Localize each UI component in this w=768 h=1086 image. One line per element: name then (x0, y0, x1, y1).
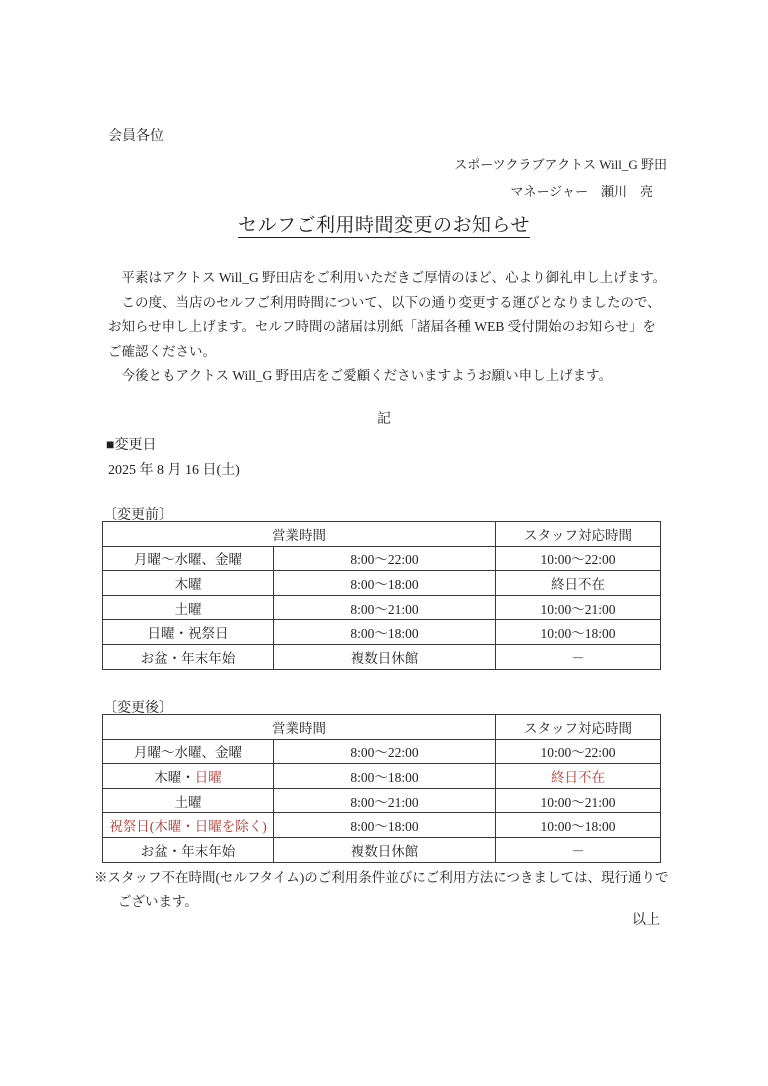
body-paragraphs: 平素はアクトス Will_G 野田店をご利用いただきご厚情のほど、心より御礼申し… (108, 266, 666, 389)
cell-text: 8:00〜21:00 (350, 602, 418, 617)
day-cell: 月曜〜水曜、金曜 (103, 739, 274, 764)
body-line: 今後ともアクトス Will_G 野田店をご愛顧くださいますようお願い申し上げます… (108, 364, 666, 389)
staff-hours-cell: 10:00〜18:00 (496, 620, 661, 645)
hours-table-after: 営業時間 スタッフ対応時間 月曜〜水曜、金曜8:00〜22:0010:00〜22… (102, 714, 661, 863)
table-row: お盆・年末年始複数日休館－ (103, 644, 661, 669)
change-date-value: 2025 年 8 月 16 日(土) (108, 461, 240, 480)
cell-text: 8:00〜21:00 (350, 795, 418, 810)
note-line: ※スタッフ不在時間(セルフタイム)のご利用条件並びにご利用方法につきましては、現… (94, 866, 669, 886)
sender-organization: スポーツクラブアクトス Will_G 野田 (454, 156, 667, 174)
cell-text: 複数日休館 (351, 651, 419, 666)
record-mark: 記 (0, 410, 768, 429)
hours-cell: 8:00〜22:00 (274, 739, 496, 764)
hours-cell: 8:00〜18:00 (274, 813, 496, 838)
table-row: 木曜・日曜8:00〜18:00終日不在 (103, 764, 661, 789)
day-cell: 月曜〜水曜、金曜 (103, 546, 274, 571)
hours-cell: 8:00〜22:00 (274, 546, 496, 571)
cell-text: 10:00〜21:00 (540, 795, 615, 810)
change-date-heading: ■変更日 (106, 436, 156, 455)
cell-text: お盆・年末年始 (141, 844, 236, 859)
day-cell: お盆・年末年始 (103, 644, 274, 669)
hours-cell: 8:00〜21:00 (274, 788, 496, 813)
day-cell: 祝祭日(木曜・日曜を除く) (103, 813, 274, 838)
body-line: お知らせ申し上げます。セルフ時間の諸届は別紙「諸届各種 WEB 受付開始のお知ら… (108, 315, 666, 340)
hours-table: 営業時間 スタッフ対応時間 月曜〜水曜、金曜8:00〜22:0010:00〜22… (102, 714, 661, 863)
cell-text: 複数日休館 (351, 844, 419, 859)
day-cell: 土曜 (103, 595, 274, 620)
table-row: 月曜〜水曜、金曜8:00〜22:0010:00〜22:00 (103, 546, 661, 571)
notice-document: 会員各位 スポーツクラブアクトス Will_G 野田 マネージャー 瀬川 亮 セ… (0, 0, 768, 1086)
table-row: 日曜・祝祭日8:00〜18:0010:00〜18:00 (103, 620, 661, 645)
cell-text: 8:00〜18:00 (350, 770, 418, 785)
business-hours-header: 営業時間 (103, 522, 496, 547)
cell-text: 8:00〜18:00 (350, 626, 418, 641)
table-row: 祝祭日(木曜・日曜を除く)8:00〜18:0010:00〜18:00 (103, 813, 661, 838)
table-header-row: 営業時間 スタッフ対応時間 (103, 522, 661, 547)
cell-text: 8:00〜22:00 (350, 552, 418, 567)
cell-text: 終日不在 (551, 577, 605, 592)
cell-text: 10:00〜22:00 (540, 745, 615, 760)
document-title: セルフご利用時間変更のお知らせ (238, 215, 530, 238)
cell-text: 10:00〜21:00 (540, 602, 615, 617)
cell-text: 10:00〜18:00 (540, 626, 615, 641)
highlighted-cell-text: 終日不在 (551, 770, 605, 785)
day-cell: 土曜 (103, 788, 274, 813)
cell-text: 8:00〜18:00 (350, 819, 418, 834)
hours-cell: 複数日休館 (274, 644, 496, 669)
staff-hours-cell: 終日不在 (496, 764, 661, 789)
sender-manager-name: マネージャー 瀬川 亮 (511, 183, 653, 201)
cell-text: お盆・年末年始 (141, 651, 236, 666)
document-title-wrap: セルフご利用時間変更のお知らせ (0, 210, 768, 237)
table-row: 土曜8:00〜21:0010:00〜21:00 (103, 788, 661, 813)
closing-mark: 以上 (632, 911, 660, 930)
staff-hours-cell: 10:00〜22:00 (496, 546, 661, 571)
staff-hours-cell: － (496, 644, 661, 669)
hours-table: 営業時間 スタッフ対応時間 月曜〜水曜、金曜8:00〜22:0010:00〜22… (102, 521, 661, 670)
cell-text: 土曜 (175, 602, 202, 617)
day-cell: 日曜・祝祭日 (103, 620, 274, 645)
day-cell: 木曜 (103, 571, 274, 596)
hours-cell: 8:00〜18:00 (274, 571, 496, 596)
staff-hours-cell: 10:00〜18:00 (496, 813, 661, 838)
table-row: 木曜8:00〜18:00終日不在 (103, 571, 661, 596)
hours-cell: 8:00〜18:00 (274, 764, 496, 789)
table-row: お盆・年末年始複数日休館－ (103, 837, 661, 862)
day-cell: 木曜・日曜 (103, 764, 274, 789)
highlighted-cell-text: 祝祭日(木曜・日曜を除く) (109, 819, 267, 834)
hours-cell: 8:00〜18:00 (274, 620, 496, 645)
table-row: 月曜〜水曜、金曜8:00〜22:0010:00〜22:00 (103, 739, 661, 764)
cell-text: 10:00〜18:00 (540, 819, 615, 834)
staff-hours-cell: 10:00〜22:00 (496, 739, 661, 764)
staff-hours-cell: － (496, 837, 661, 862)
body-line: この度、当店のセルフご利用時間について、以下の通り変更する運びとなりましたので、 (108, 291, 666, 316)
note-line: ございます。 (118, 890, 198, 910)
cell-text: 8:00〜18:00 (350, 577, 418, 592)
highlighted-cell-text: 日曜 (195, 770, 222, 785)
cell-text: － (571, 844, 585, 859)
cell-text: 木曜 (175, 577, 202, 592)
cell-text: 日曜・祝祭日 (148, 626, 229, 641)
cell-text: 木曜・ (154, 770, 195, 785)
table-header-row: 営業時間 スタッフ対応時間 (103, 715, 661, 740)
staff-hours-header: スタッフ対応時間 (496, 522, 661, 547)
cell-text: 8:00〜22:00 (350, 745, 418, 760)
body-line: 平素はアクトス Will_G 野田店をご利用いただきご厚情のほど、心より御礼申し… (108, 266, 666, 291)
staff-hours-header: スタッフ対応時間 (496, 715, 661, 740)
table-row: 土曜8:00〜21:0010:00〜21:00 (103, 595, 661, 620)
staff-hours-cell: 終日不在 (496, 571, 661, 596)
cell-text: 10:00〜22:00 (540, 552, 615, 567)
hours-cell: 複数日休館 (274, 837, 496, 862)
cell-text: 土曜 (175, 795, 202, 810)
cell-text: 月曜〜水曜、金曜 (134, 552, 242, 567)
body-line: ご確認ください。 (108, 340, 666, 365)
day-cell: お盆・年末年始 (103, 837, 274, 862)
hours-cell: 8:00〜21:00 (274, 595, 496, 620)
staff-hours-cell: 10:00〜21:00 (496, 595, 661, 620)
hours-table-before: 営業時間 スタッフ対応時間 月曜〜水曜、金曜8:00〜22:0010:00〜22… (102, 521, 661, 670)
cell-text: － (571, 651, 585, 666)
business-hours-header: 営業時間 (103, 715, 496, 740)
cell-text: 月曜〜水曜、金曜 (134, 745, 242, 760)
staff-hours-cell: 10:00〜21:00 (496, 788, 661, 813)
recipient-line: 会員各位 (108, 127, 164, 146)
